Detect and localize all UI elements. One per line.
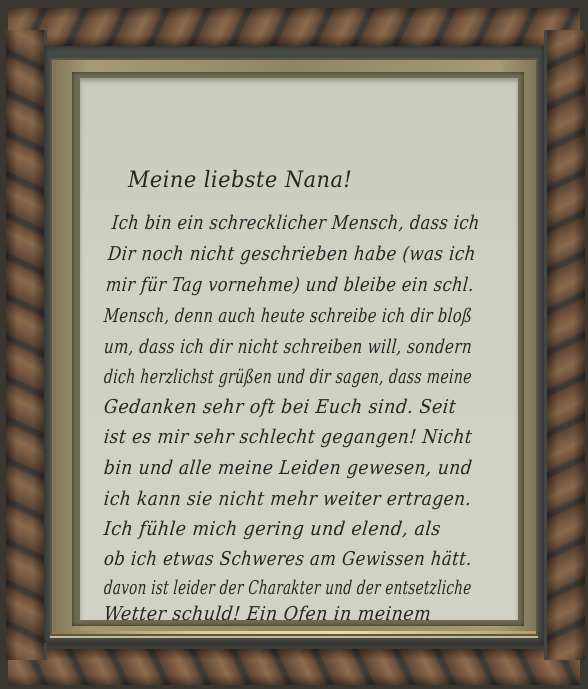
picture-frame: Meine liebste Nana! Ich bin ein schreckl… bbox=[0, 0, 588, 689]
letter-line: Mensch, denn auch heute schreibe ich dir… bbox=[103, 305, 473, 327]
letter-line: ist es mir sehr schlecht gegangen! Nicht bbox=[103, 426, 473, 448]
frame-rope-molding-right bbox=[544, 30, 585, 660]
letter-line: Ich fühle mich gering und elend, als bbox=[103, 518, 442, 540]
frame-rope-molding-left bbox=[6, 30, 47, 660]
letter-line: Dir noch nicht geschrieben habe (was ich bbox=[107, 243, 477, 265]
frame-liner-highlight bbox=[52, 631, 536, 634]
letter-line: bin und alle meine Leiden gewesen, und bbox=[103, 457, 473, 479]
letter-line: ob ich etwas Schweres am Gewissen hätt. bbox=[103, 548, 473, 570]
letter-line: ich kann sie nicht mehr weiter ertragen. bbox=[103, 488, 473, 510]
frame-rope-molding-bottom bbox=[8, 646, 580, 685]
letter-line: davon ist leider der Charakter und der e… bbox=[103, 577, 472, 599]
letter-salutation: Meine liebste Nana! bbox=[128, 168, 352, 193]
letter-line: dich herzlichst grüßen und dir sagen, da… bbox=[103, 366, 473, 388]
letter-line: mir für Tag vornehme) und bleibe ein sch… bbox=[105, 274, 475, 296]
letter-line: Ich bin ein schrecklicher Mensch, dass i… bbox=[111, 212, 481, 234]
letter-line: um, dass ich dir nicht schreiben will, s… bbox=[103, 336, 473, 358]
letter-line: Gedanken sehr oft bei Euch sind. Seit bbox=[103, 396, 458, 418]
frame-rope-molding-top bbox=[8, 8, 580, 49]
